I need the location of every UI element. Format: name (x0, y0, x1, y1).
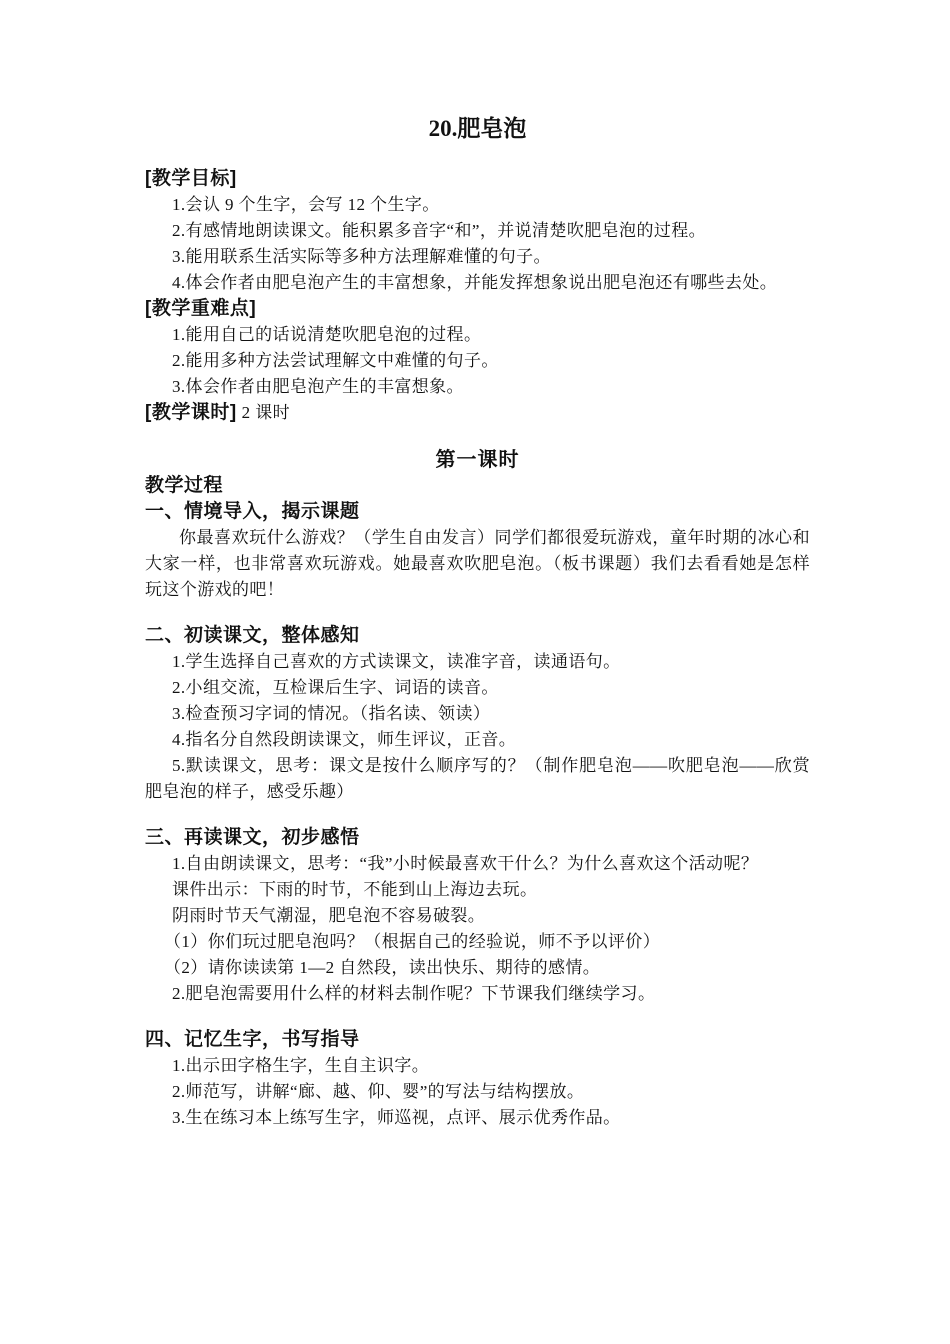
blank-line (145, 1007, 810, 1027)
blank-line (145, 603, 810, 623)
section-3-step: 课件出示：下雨的时节，不能到山上海边去玩。 (145, 877, 810, 903)
section-3-substep: （2）请你读读第 1—2 自然段，读出快乐、期待的感情。 (145, 955, 810, 981)
section-4-step: 1.出示田字格生字，生自主识字。 (145, 1053, 810, 1079)
section-2-step: 5.默读课文，思考：课文是按什么顺序写的？（制作肥皂泡——吹肥皂泡——欣赏肥皂泡… (145, 753, 810, 805)
lesson-one-title: 第一课时 (145, 447, 810, 473)
key-point-item: 2.能用多种方法尝试理解文中难懂的句子。 (145, 348, 810, 374)
section-4-heading: 四、记忆生字，书写指导 (145, 1027, 810, 1053)
objective-item: 4.体会作者由肥皂泡产生的丰富想象，并能发挥想象说出肥皂泡还有哪些去处。 (145, 270, 810, 296)
section-3-substep: （1）你们玩过肥皂泡吗？（根据自己的经验说，师不予以评价） (145, 929, 810, 955)
class-periods-heading: [教学课时] (145, 402, 237, 423)
blank-line (145, 427, 810, 447)
section-2-step: 4.指名分自然段朗读课文，师生评议，正音。 (145, 727, 810, 753)
key-point-item: 1.能用自己的话说清楚吹肥皂泡的过程。 (145, 322, 810, 348)
key-points-heading: [教学重难点] (145, 296, 810, 322)
section-3-step: 2.肥皂泡需要用什么样的材料去制作呢？下节课我们继续学习。 (145, 981, 810, 1007)
objectives-heading: [教学目标] (145, 166, 810, 192)
section-4-step: 2.师范写，讲解“廊、越、仰、婴”的写法与结构摆放。 (145, 1079, 810, 1105)
section-1-paragraph: 你最喜欢玩什么游戏？（学生自由发言）同学们都很爱玩游戏，童年时期的冰心和大家一样… (145, 525, 810, 603)
objective-item: 1.会认 9 个生字，会写 12 个生字。 (145, 192, 810, 218)
section-3-heading: 三、再读课文，初步感悟 (145, 825, 810, 851)
section-2-heading: 二、初读课文，整体感知 (145, 623, 810, 649)
class-periods-value: 2 课时 (237, 403, 290, 422)
class-periods-line: [教学课时]2 课时 (145, 400, 810, 427)
section-3-step: 1.自由朗读课文，思考：“我”小时候最喜欢干什么？为什么喜欢这个活动呢？ (145, 851, 810, 877)
section-2-step: 1.学生选择自己喜欢的方式读课文，读准字音，读通语句。 (145, 649, 810, 675)
document-title: 20.肥皂泡 (145, 112, 810, 145)
objective-item: 3.能用联系生活实际等多种方法理解难懂的句子。 (145, 244, 810, 270)
process-heading: 教学过程 (145, 473, 810, 499)
objective-item: 2.有感情地朗读课文。能积累多音字“和”，并说清楚吹肥皂泡的过程。 (145, 218, 810, 244)
section-3-step: 阴雨时节天气潮湿，肥皂泡不容易破裂。 (145, 903, 810, 929)
blank-line (145, 805, 810, 825)
document-page: 20.肥皂泡 [教学目标] 1.会认 9 个生字，会写 12 个生字。 2.有感… (0, 0, 950, 1344)
section-2-step: 3.检查预习字词的情况。（指名读、领读） (145, 701, 810, 727)
section-4-step: 3.生在练习本上练写生字，师巡视，点评、展示优秀作品。 (145, 1105, 810, 1131)
key-point-item: 3.体会作者由肥皂泡产生的丰富想象。 (145, 374, 810, 400)
section-1-heading: 一、情境导入，揭示课题 (145, 499, 810, 525)
section-2-step: 2.小组交流，互检课后生字、词语的读音。 (145, 675, 810, 701)
